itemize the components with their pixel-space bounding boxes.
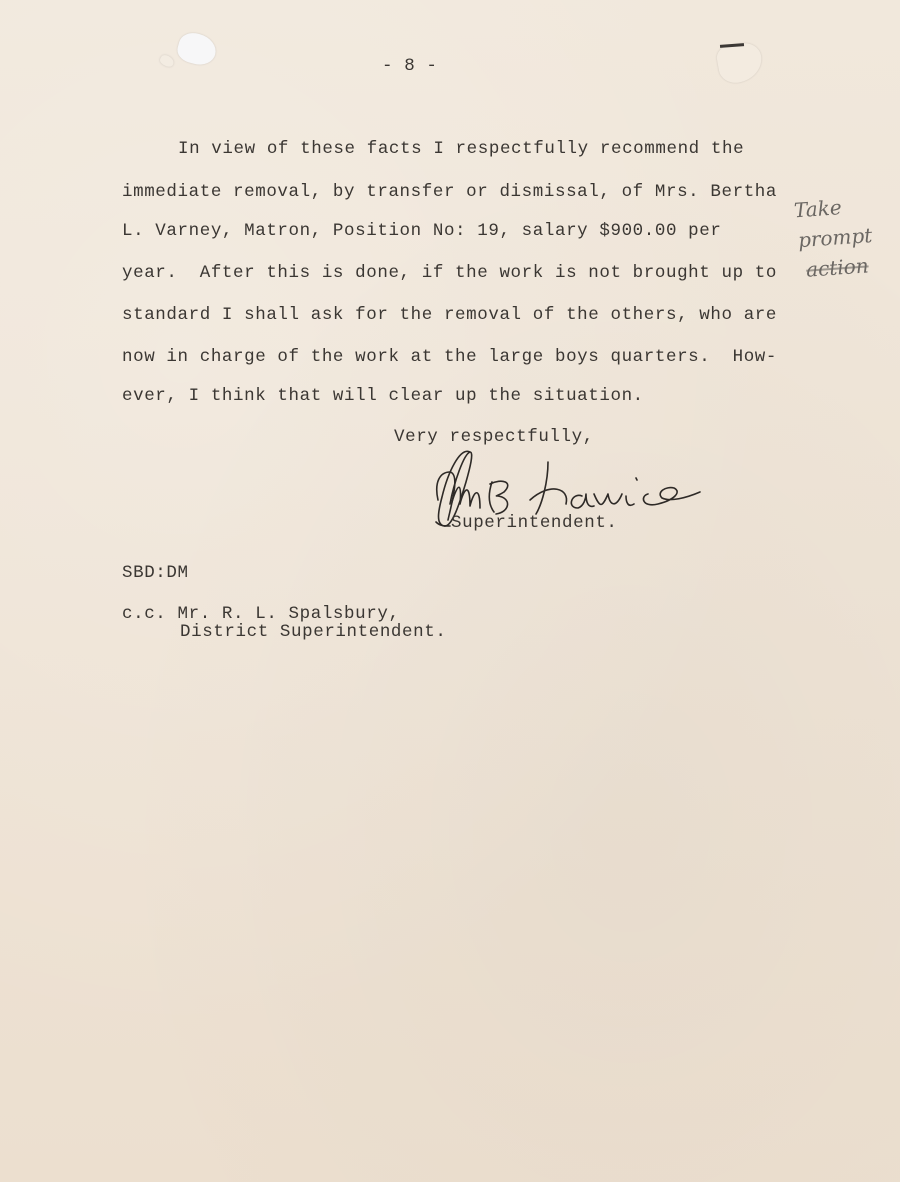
signer-title: Superintendent. (451, 513, 618, 533)
carbon-copy-title: District Superintendent. (180, 622, 446, 642)
paragraph-line: ever, I think that will clear up the sit… (122, 386, 644, 406)
paragraph-line: In view of these facts I respectfully re… (178, 139, 744, 159)
carbon-copy-recipient: c.c. Mr. R. L. Spalsbury, (122, 604, 400, 624)
paragraph-line: standard I shall ask for the removal of … (122, 305, 777, 325)
page-number: - 8 - (382, 56, 438, 76)
paper-background (0, 0, 900, 1182)
paragraph-line: immediate removal, by transfer or dismis… (122, 182, 777, 202)
paragraph-line: L. Varney, Matron, Position No: 19, sala… (122, 221, 722, 241)
handwritten-margin-note: Take prompt action (793, 189, 895, 285)
margin-note-line: action (805, 249, 895, 285)
paragraph-line: year. After this is done, if the work is… (122, 263, 777, 283)
paragraph-line: now in charge of the work at the large b… (122, 347, 777, 367)
reference-initials: SBD:DM (122, 563, 189, 583)
